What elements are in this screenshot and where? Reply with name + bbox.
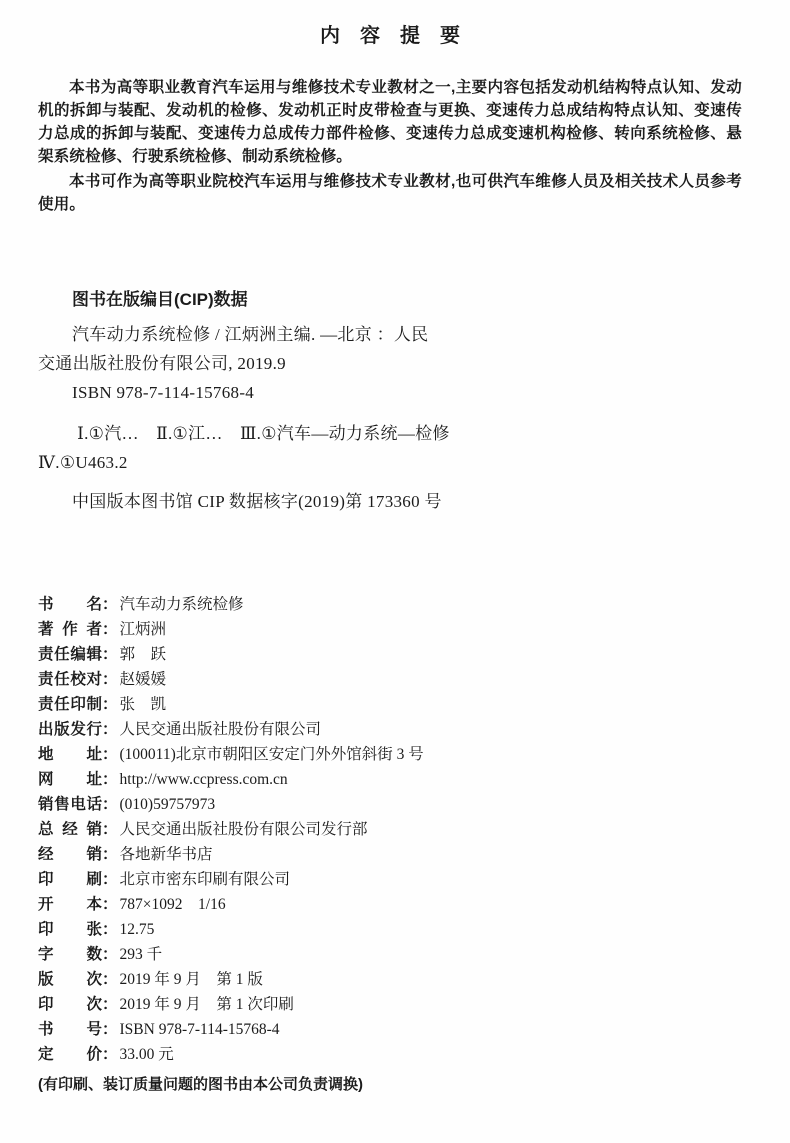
row-colon: ：	[102, 696, 118, 713]
row-label: 责任编辑	[38, 642, 102, 667]
row-colon: ：	[102, 846, 118, 863]
row-value: 2019 年 9 月 第 1 次印刷	[120, 996, 294, 1013]
row-value: 郭 跃	[120, 646, 167, 663]
cip-heading: 图书在版编目(CIP)数据	[72, 288, 742, 312]
summary-paragraph-2: 本书可作为高等职业院校汽车运用与维修技术专业教材,也可供汽车维修人员及相关技术人…	[38, 170, 742, 216]
row-label: 地址	[38, 742, 102, 767]
row-label: 印张	[38, 917, 102, 942]
row-colon: ：	[102, 971, 118, 988]
row-label: 网址	[38, 767, 102, 792]
row-colon: ：	[102, 596, 118, 613]
row-colon: ：	[102, 996, 118, 1013]
cip-classification-line-1: Ⅰ.①汽… Ⅱ.①江… Ⅲ.①汽车—动力系统—检修	[38, 419, 742, 448]
row-colon: ：	[102, 821, 118, 838]
row-label: 书号	[38, 1017, 102, 1042]
row-label: 印次	[38, 992, 102, 1017]
row-label: 总经销	[38, 817, 102, 842]
summary-paragraph-1: 本书为高等职业教育汽车运用与维修技术专业教材之一,主要内容包括发动机结构特点认知…	[38, 76, 742, 168]
row-value: 人民交通出版社股份有限公司	[120, 721, 322, 738]
row-label: 版次	[38, 967, 102, 992]
quality-note: (有印刷、装订质量问题的图书由本公司负责调换)	[38, 1073, 742, 1096]
row-label: 责任印制	[38, 692, 102, 717]
cip-title-line: 汽车动力系统检修 / 江炳洲主编. —北京 ：人民	[38, 320, 742, 349]
publication-row-website: 网址：http://www.ccpress.com.cn	[38, 767, 742, 792]
publication-row-format: 开本：787×1092 1/16	[38, 892, 742, 917]
publication-row-impression: 印次：2019 年 9 月 第 1 次印刷	[38, 992, 742, 1017]
row-value: 787×1092 1/16	[120, 896, 226, 913]
publication-row-distributor: 经销：各地新华书店	[38, 842, 742, 867]
publication-row-sheets: 印张：12.75	[38, 917, 742, 942]
row-value: 北京市密东印刷有限公司	[120, 871, 291, 888]
publication-row-printer: 印刷：北京市密东印刷有限公司	[38, 867, 742, 892]
row-colon: ：	[102, 746, 118, 763]
publication-row-general-distributor: 总经销：人民交通出版社股份有限公司发行部	[38, 817, 742, 842]
row-value: ISBN 978-7-114-15768-4	[120, 1021, 280, 1038]
summary-title: 内 容 提 要	[38, 22, 742, 50]
publication-row-address: 地址：(100011)北京市朝阳区安定门外外馆斜街 3 号	[38, 742, 742, 767]
row-colon: ：	[102, 721, 118, 738]
publication-row-edition: 版次：2019 年 9 月 第 1 版	[38, 967, 742, 992]
summary-body: 本书为高等职业教育汽车运用与维修技术专业教材之一,主要内容包括发动机结构特点认知…	[38, 76, 742, 216]
publication-row-sales-phone: 销售电话：(010)59757973	[38, 792, 742, 817]
row-colon: ：	[102, 921, 118, 938]
row-value: http://www.ccpress.com.cn	[120, 771, 288, 788]
publication-row-author: 著作者：江炳洲	[38, 617, 742, 642]
row-value: 江炳洲	[120, 621, 167, 638]
row-colon: ：	[102, 646, 118, 663]
cip-isbn-line: ISBN 978-7-114-15768-4	[38, 378, 742, 407]
row-colon: ：	[102, 1021, 118, 1038]
row-label: 经销	[38, 842, 102, 867]
row-label: 书名	[38, 592, 102, 617]
row-value: 293 千	[120, 946, 163, 963]
row-value: 12.75	[120, 921, 155, 938]
row-label: 定价	[38, 1042, 102, 1067]
publication-info-section: 书名：汽车动力系统检修 著作者：江炳洲 责任编辑：郭 跃 责任校对：赵媛媛 责任…	[38, 592, 742, 1096]
cip-record-line: 中国版本图书馆 CIP 数据核字(2019)第 173360 号	[38, 487, 742, 516]
row-label: 著作者	[38, 617, 102, 642]
row-colon: ：	[102, 796, 118, 813]
publication-row-title: 书名：汽车动力系统检修	[38, 592, 742, 617]
row-label: 销售电话	[38, 792, 102, 817]
content-summary-section: 内 容 提 要 本书为高等职业教育汽车运用与维修技术专业教材之一,主要内容包括发…	[38, 22, 742, 216]
row-label: 印刷	[38, 867, 102, 892]
row-label: 责任校对	[38, 667, 102, 692]
row-label: 开本	[38, 892, 102, 917]
row-colon: ：	[102, 621, 118, 638]
cip-publisher-line: 交通出版社股份有限公司, 2019.9	[38, 349, 742, 378]
publication-row-editor: 责任编辑：郭 跃	[38, 642, 742, 667]
row-value: 33.00 元	[120, 1046, 174, 1063]
publication-row-word-count: 字数：293 千	[38, 942, 742, 967]
row-label: 字数	[38, 942, 102, 967]
row-colon: ：	[102, 671, 118, 688]
publication-row-price: 定价：33.00 元	[38, 1042, 742, 1067]
publication-row-publisher: 出版发行：人民交通出版社股份有限公司	[38, 717, 742, 742]
row-colon: ：	[102, 871, 118, 888]
row-label: 出版发行	[38, 717, 102, 742]
row-value: (100011)北京市朝阳区安定门外外馆斜街 3 号	[120, 746, 424, 763]
row-value: 2019 年 9 月 第 1 版	[120, 971, 263, 988]
publication-row-isbn: 书号：ISBN 978-7-114-15768-4	[38, 1017, 742, 1042]
row-value: 汽车动力系统检修	[120, 596, 244, 613]
cip-section: 图书在版编目(CIP)数据 汽车动力系统检修 / 江炳洲主编. —北京 ：人民 …	[38, 288, 742, 516]
row-value: (010)59757973	[120, 796, 216, 813]
publication-row-print-supervisor: 责任印制：张 凯	[38, 692, 742, 717]
copyright-page: 内 容 提 要 本书为高等职业教育汽车运用与维修技术专业教材之一,主要内容包括发…	[0, 0, 790, 1143]
cip-classification-line-2: Ⅳ.①U463.2	[38, 448, 742, 477]
row-value: 张 凯	[120, 696, 167, 713]
row-value: 赵媛媛	[120, 671, 167, 688]
row-value: 人民交通出版社股份有限公司发行部	[120, 821, 368, 838]
row-colon: ：	[102, 771, 118, 788]
publication-row-proofreader: 责任校对：赵媛媛	[38, 667, 742, 692]
row-colon: ：	[102, 1046, 118, 1063]
row-colon: ：	[102, 896, 118, 913]
row-colon: ：	[102, 946, 118, 963]
row-value: 各地新华书店	[120, 846, 213, 863]
